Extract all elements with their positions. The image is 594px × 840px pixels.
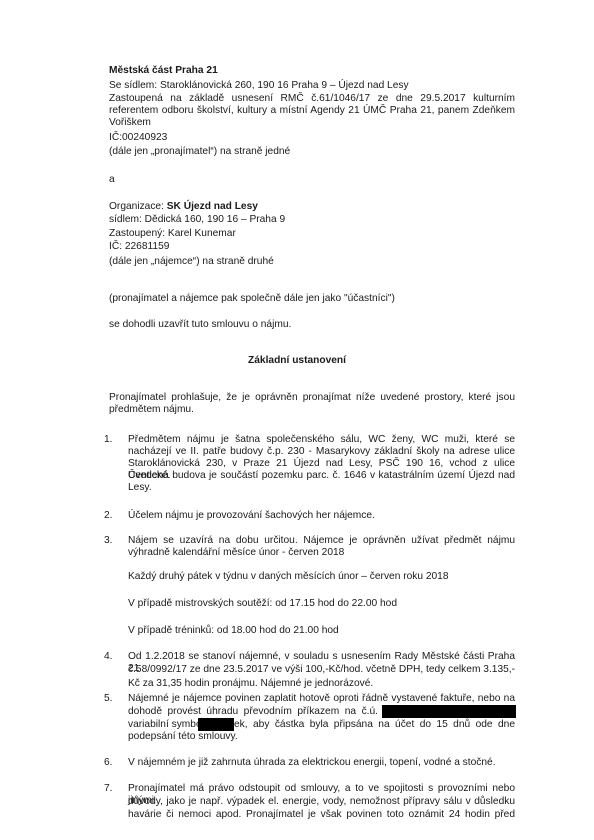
lessor-represented-3: Vořiškem (109, 117, 151, 129)
item-line: V nájemném je již zahrnuta úhrada za ele… (128, 757, 496, 769)
agreement-text: se dohodli uzavřít tuto smlouvu o nájmu. (109, 319, 291, 331)
item-line: Nájem se uzavírá na dobu určitou. Nájemc… (128, 535, 515, 547)
item-number: 7. (104, 783, 113, 795)
item-number: 3. (104, 535, 113, 547)
item-line: Kč za 31,35 hodin pronájmu. Nájemné je j… (128, 678, 373, 690)
lessor-ico: IČ:00240923 (109, 132, 167, 144)
section-title: Základní ustanovení (0, 355, 594, 367)
redaction-bar (382, 705, 516, 718)
item-number: 4. (104, 651, 113, 663)
lessor-represented-1: Zastoupená na základě usnesení RMČ č.61/… (109, 93, 515, 105)
item-subline: V případě tréninků: od 18.00 hod do 21.0… (128, 625, 339, 637)
lessor-represented-2: referentem odboru školství, kultury a mí… (109, 105, 515, 117)
and-text: a (109, 174, 115, 186)
item-subline: Každý druhý pátek v týdnu v daných měsíc… (128, 571, 449, 583)
lessor-seat: Se sídlem: Staroklánovická 260, 190 16 P… (109, 80, 409, 92)
item-number: 2. (104, 510, 113, 522)
item-line: havárie či nemoci apod. Pronajímatel je … (128, 809, 515, 821)
item-line: ek, aby částka byla připsána na účet do … (234, 719, 515, 731)
item-line: dohodě provést úhradu převodním příkazem… (128, 706, 378, 718)
item-line: nacházejí ve II. patře budovy č.p. 230 -… (128, 446, 515, 458)
item-line: výhradně kalendářní měsíce únor - červen… (128, 547, 344, 559)
item-number: 5. (104, 693, 113, 705)
item-line: Účelem nájmu je provozování šachových he… (128, 510, 375, 522)
item-line: důvody, jako je např. výpadek el. energi… (128, 796, 515, 808)
item-line: variabilní symbol (128, 719, 204, 731)
item-line: Předmětem nájmu je šatna společenského s… (128, 434, 515, 446)
declaration-1: Pronajímatel prohlašuje, že je oprávněn … (109, 392, 515, 404)
item-line: podepsání této smlouvy. (128, 731, 238, 743)
parties-note: (pronajímatel a nájemce pak společně dál… (109, 293, 395, 305)
declaration-2: předmětem nájmu. (109, 404, 194, 416)
item-number: 1. (104, 434, 113, 446)
lessee-alias: (dále jen „nájemce“) na straně druhé (109, 256, 274, 268)
item-line: Nájemné je nájemce povinen zaplatit hoto… (128, 693, 515, 705)
lessor-alias: (dále jen „pronajímatel“) na straně jedn… (109, 146, 290, 158)
lessor-name: Městská část Praha 21 (109, 65, 218, 77)
lessee-org-name: SK Újezd nad Lesy (167, 201, 258, 212)
redaction-bar (198, 718, 234, 731)
item-line: č.58/0992/17 ze dne 23.5.2017 ve výši 10… (128, 664, 515, 676)
item-subline: V případě mistrovských soutěží: od 17.15… (128, 598, 397, 610)
item-line: Lesy. (128, 482, 152, 494)
lessee-org-label: Organizace: (109, 201, 167, 212)
item-number: 6. (104, 757, 113, 769)
lessee-seat: sídlem: Dědická 160, 190 16 – Praha 9 (109, 214, 285, 226)
lessee-represented: Zastoupený: Karel Kunemar (109, 228, 236, 240)
lessee-org: Organizace: SK Újezd nad Lesy (109, 201, 258, 213)
item-line: Uvedená budova je součástí pozemku parc.… (128, 470, 515, 482)
lessee-ico: IČ: 22681159 (109, 241, 169, 253)
